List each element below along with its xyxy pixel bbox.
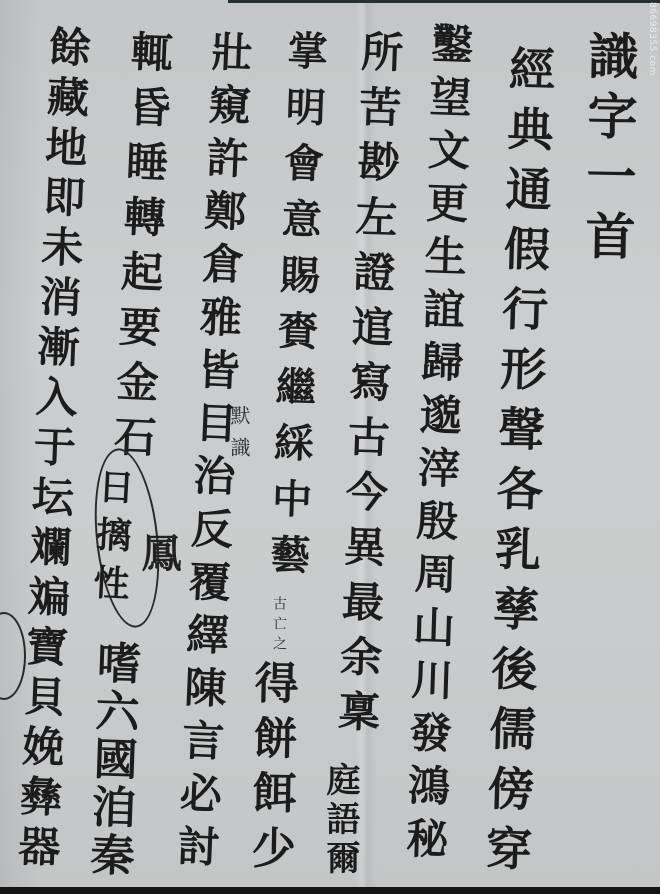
- text-column-6: 輒昏睡轉起要金石: [110, 29, 171, 470]
- text-column-4-tail: 得餅餌少: [246, 660, 294, 881]
- text-column-6-middle: 日摛性: [89, 467, 132, 613]
- manuscript-page: 86698355.com 識字一首 經典通假行形聲各乳孳後儒傍穿 鑿望文更生誼歸…: [0, 0, 660, 894]
- text-column-6-tail: 嗜六國洎秦: [85, 639, 137, 880]
- top-edge-shadow: [228, 0, 660, 3]
- text-column-4: 掌明會意賜賚繼綵中藝: [265, 29, 325, 590]
- text-column-7: 餘藏地即未消漸入于坛斕斒寶貝娩彝器: [14, 24, 89, 875]
- manuscript-title: 識字一首: [581, 30, 635, 271]
- annotation-guwang: 古亡之: [272, 596, 286, 656]
- text-column-3: 所苦尠左證逭寫古今異最余稟: [334, 29, 401, 745]
- bottom-edge-shadow: [0, 887, 660, 894]
- text-column-3-tail: 庭語爾: [323, 762, 357, 879]
- watermark: 86698355.com: [647, 2, 656, 76]
- annotation-feng: 鳳: [138, 532, 178, 572]
- text-column-2: 鑿望文更生誼歸邈滓殷周山川發鴻秘: [402, 21, 471, 870]
- text-column-1: 經典通假行形聲各乳孳後儒傍穿: [482, 44, 553, 885]
